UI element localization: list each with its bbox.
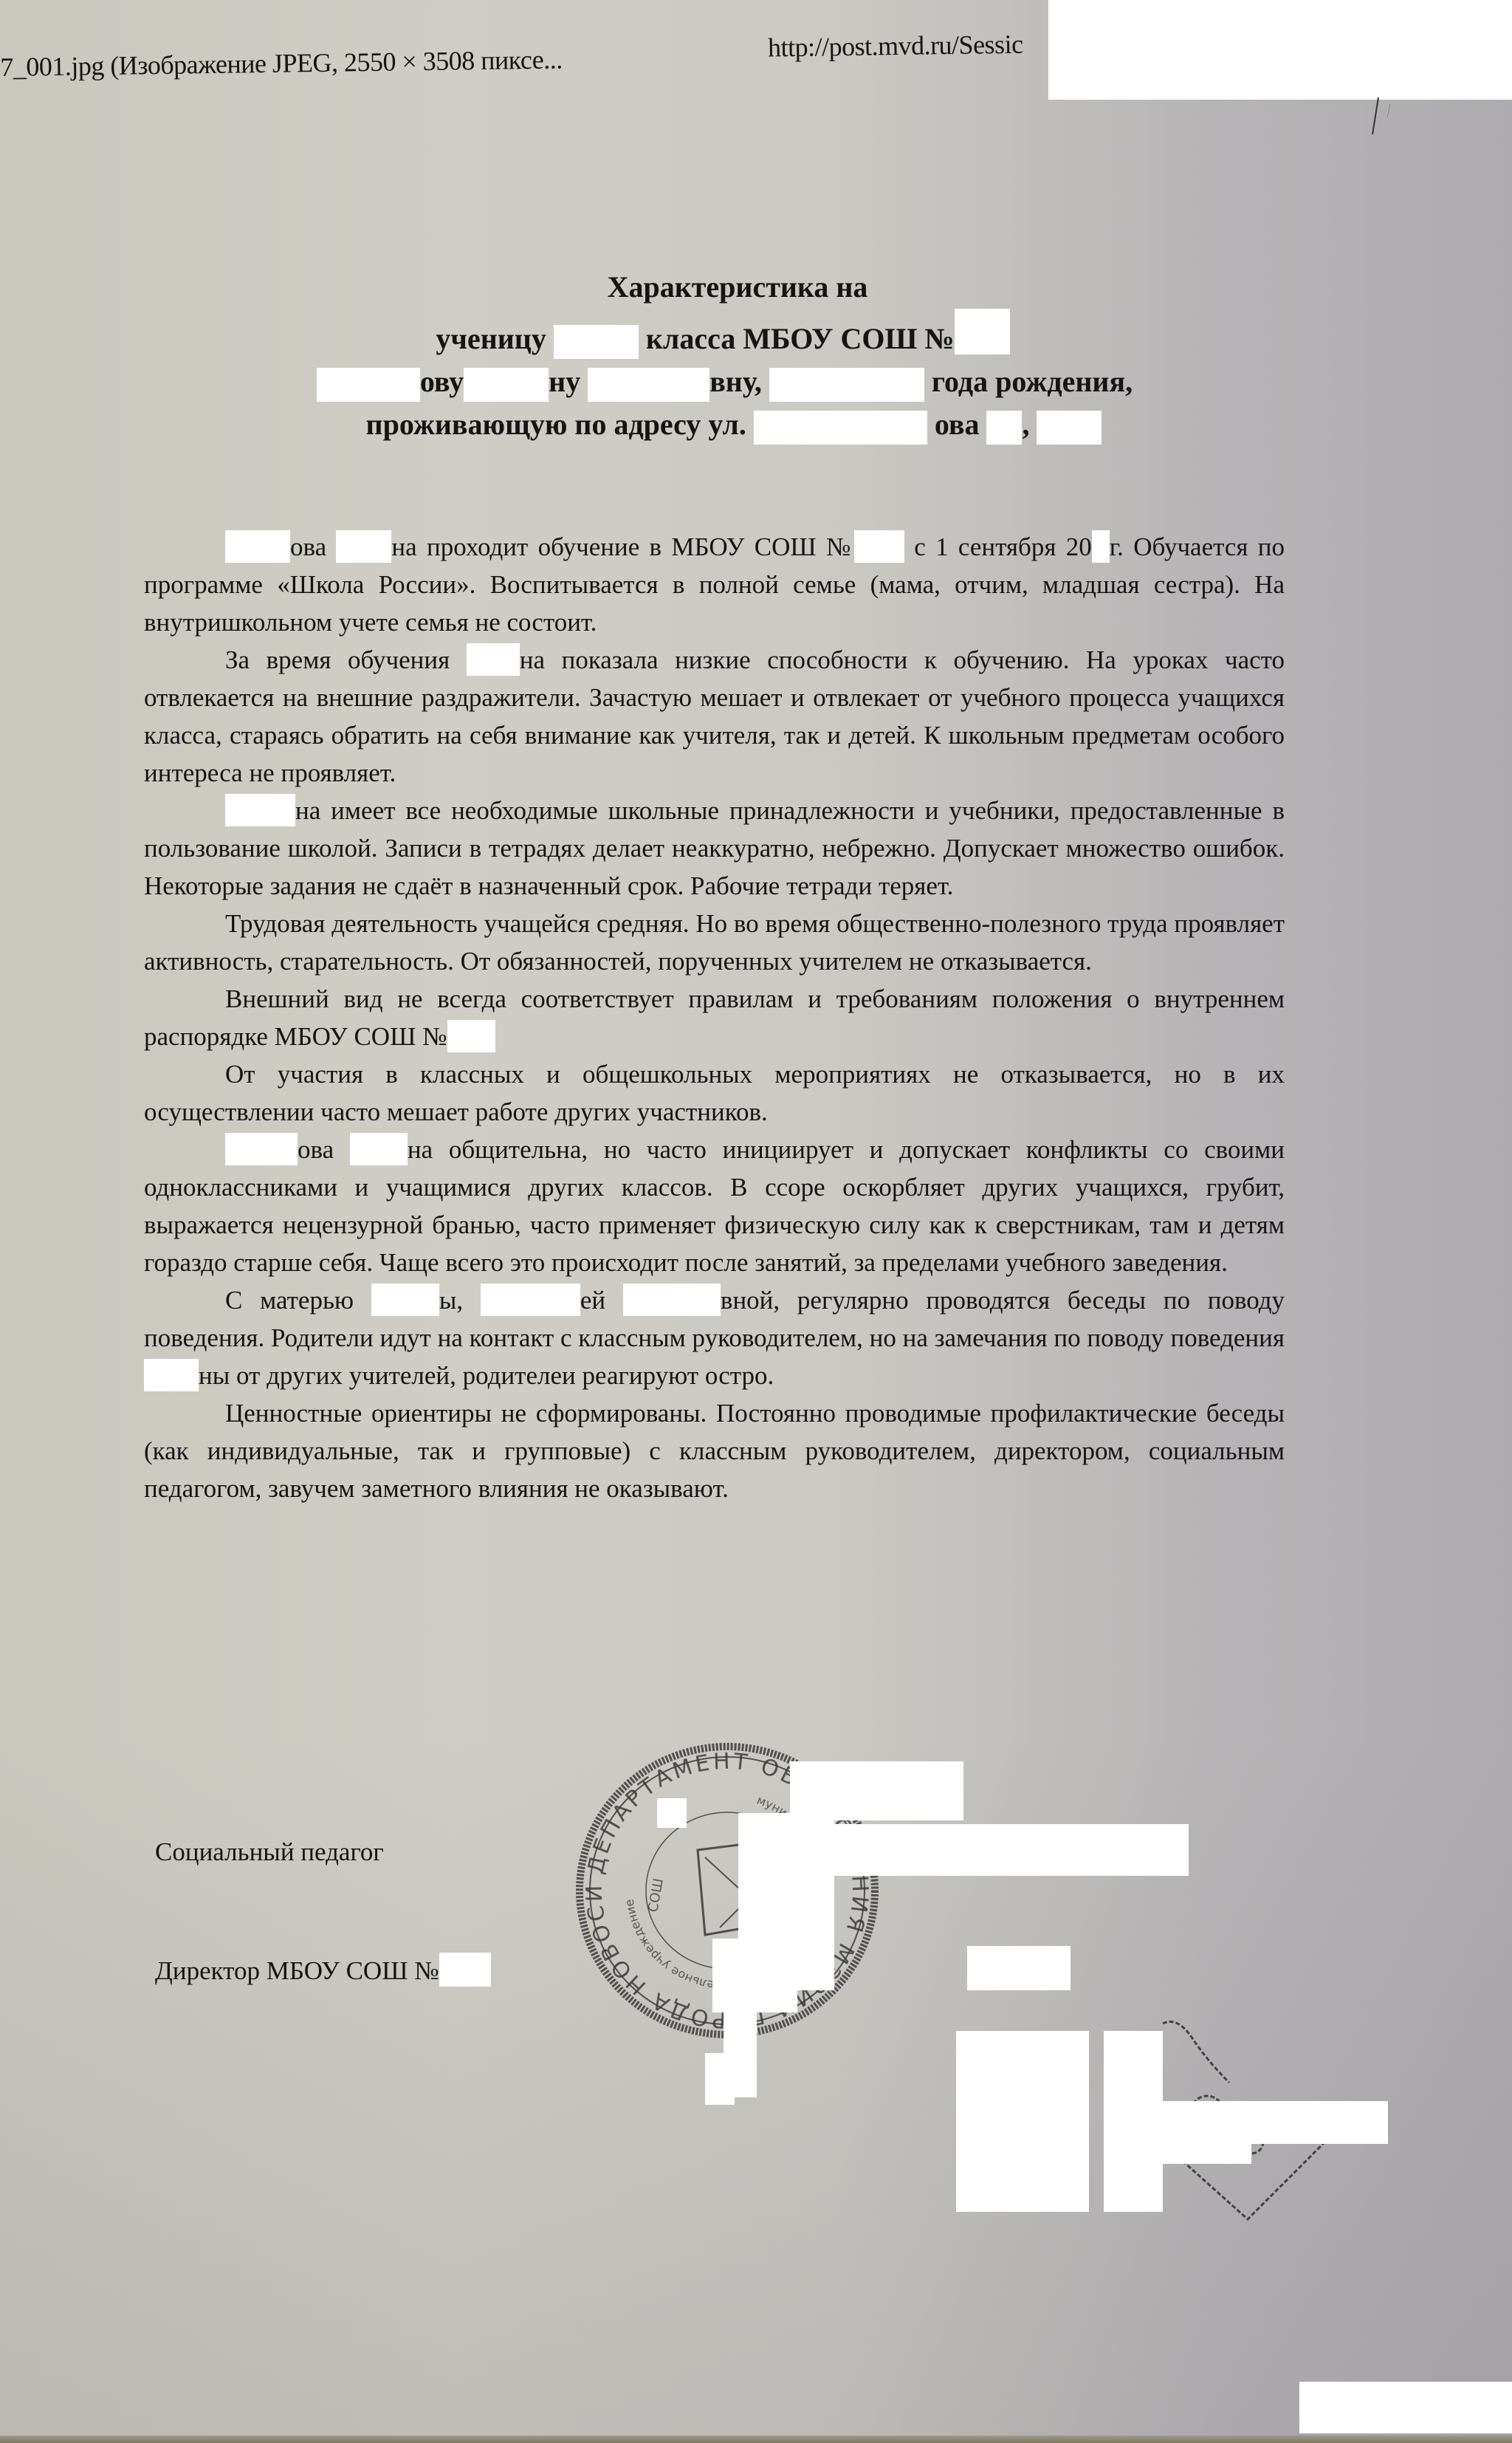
redaction-box	[705, 2053, 735, 2105]
redaction-box	[225, 794, 295, 826]
redaction-box	[1037, 411, 1102, 445]
title-line-4: проживающую по адресу ул. ова ,	[0, 403, 1512, 446]
redaction-box	[371, 1284, 439, 1316]
signature-director-label: Директор МБОУ СОШ №	[155, 1956, 439, 1985]
print-header-title: 7_001.jpg (Изображение JPEG, 2550 × 3508…	[0, 44, 563, 83]
redaction-box	[439, 1953, 491, 1987]
title-text: ,	[1022, 408, 1029, 441]
title-text: ну	[549, 365, 580, 398]
title-text: ученицу	[436, 322, 546, 355]
title-line-3: овуну вну, года рождения,	[0, 360, 1512, 403]
redaction-box	[1048, 0, 1512, 100]
paper-bottom-edge	[0, 2436, 1512, 2443]
paragraph-text: От участия в классных и общешкольных мер…	[144, 1060, 1285, 1126]
paragraph-text: на имеет все необходимые школьные принад…	[144, 796, 1285, 900]
signature-director: Директор МБОУ СОШ №	[155, 1953, 491, 1987]
paragraph-parents: С матерью ы, ей вной, регулярно проводят…	[144, 1281, 1285, 1394]
redaction-box	[481, 1284, 580, 1316]
stamp-abbrev: СОШ	[645, 1877, 667, 1913]
redaction-box	[769, 368, 924, 402]
redaction-box	[1155, 2131, 1251, 2164]
paragraph-behavior: ова на общительна, но часто инициирует и…	[144, 1131, 1285, 1281]
redaction-box	[144, 1359, 199, 1391]
redaction-box	[854, 530, 904, 563]
paragraph-text: Трудовая деятельность учащейся средняя. …	[144, 909, 1285, 976]
redaction-box	[623, 1284, 721, 1316]
paragraph-text: С матерью	[225, 1286, 354, 1315]
redaction-box	[967, 1946, 1071, 1990]
document-body: ова на проходит обучение в МБОУ СОШ № с …	[144, 528, 1285, 1507]
paragraph-values: Ценностные ориентиры не сформированы. По…	[144, 1394, 1285, 1507]
signature-social-teacher: Социальный педагог	[155, 1837, 384, 1867]
paragraph-learning: За время обучения на показала низкие спо…	[144, 641, 1285, 792]
redaction-box	[467, 643, 520, 676]
title-text: вну,	[709, 365, 762, 398]
paragraph-text: ы,	[439, 1286, 463, 1315]
redaction-box	[317, 368, 420, 402]
redaction-box	[986, 411, 1022, 445]
paragraph-text: с 1 сентября 20	[914, 532, 1092, 561]
redaction-box	[816, 1761, 963, 1820]
scanned-document-page: 7_001.jpg (Изображение JPEG, 2550 × 3508…	[0, 0, 1512, 2443]
redaction-box	[956, 2031, 1089, 2212]
redaction-box	[1299, 2382, 1512, 2433]
redaction-box	[1104, 2031, 1163, 2212]
redaction-box	[447, 1020, 495, 1052]
paragraph-supplies: на имеет все необходимые школьные принад…	[144, 792, 1285, 905]
paragraph-events: От участия в классных и общешкольных мер…	[144, 1055, 1285, 1131]
title-line-1: Характеристика на	[0, 266, 1512, 309]
title-text: класса МБОУ СОШ №	[646, 322, 955, 355]
redaction-box	[657, 1798, 687, 1828]
pen-mark	[1370, 96, 1399, 140]
paragraph-text: ова	[298, 1135, 334, 1164]
title-text: ова	[935, 408, 980, 441]
paragraph-text: на проходит обучение в МБОУ СОШ №	[391, 532, 854, 561]
redaction-box	[225, 530, 290, 563]
title-line-2: ученицу класса МБОУ СОШ №	[0, 309, 1512, 360]
document-title: Характеристика на ученицу класса МБОУ СО…	[0, 266, 1512, 446]
title-text: проживающую по адресу ул.	[366, 408, 746, 441]
paragraph-text: ны от других учителей, родителеи реагиру…	[199, 1361, 774, 1390]
title-text: года рождения,	[932, 365, 1133, 398]
paragraph-enrollment: ова на проходит обучение в МБОУ СОШ № с …	[144, 528, 1285, 641]
redaction-box	[225, 1133, 298, 1165]
paragraph-appearance: Внешний вид не всегда соответствует прав…	[144, 980, 1285, 1055]
redaction-box	[827, 1824, 1189, 1876]
paragraph-labor: Трудовая деятельность учащейся средняя. …	[144, 905, 1285, 980]
redaction-box	[588, 368, 709, 402]
redaction-box	[464, 368, 549, 402]
redaction-box	[754, 411, 927, 445]
title-text: ову	[420, 365, 464, 398]
redaction-box	[1092, 530, 1110, 563]
paragraph-text: Ценностные ориентиры не сформированы. По…	[144, 1399, 1285, 1503]
redaction-box	[336, 530, 391, 563]
redaction-box	[554, 325, 639, 359]
redaction-box	[350, 1133, 408, 1165]
paragraph-text: ова	[290, 532, 326, 561]
print-header-url: http://post.mvd.ru/Sessic	[768, 29, 1023, 64]
redaction-box	[955, 309, 1010, 354]
paragraph-text: Внешний вид не всегда соответствует прав…	[144, 984, 1285, 1051]
paragraph-text: ей	[580, 1286, 605, 1315]
redaction-box	[712, 1939, 797, 2012]
paragraph-text: За время обучения	[225, 645, 450, 674]
